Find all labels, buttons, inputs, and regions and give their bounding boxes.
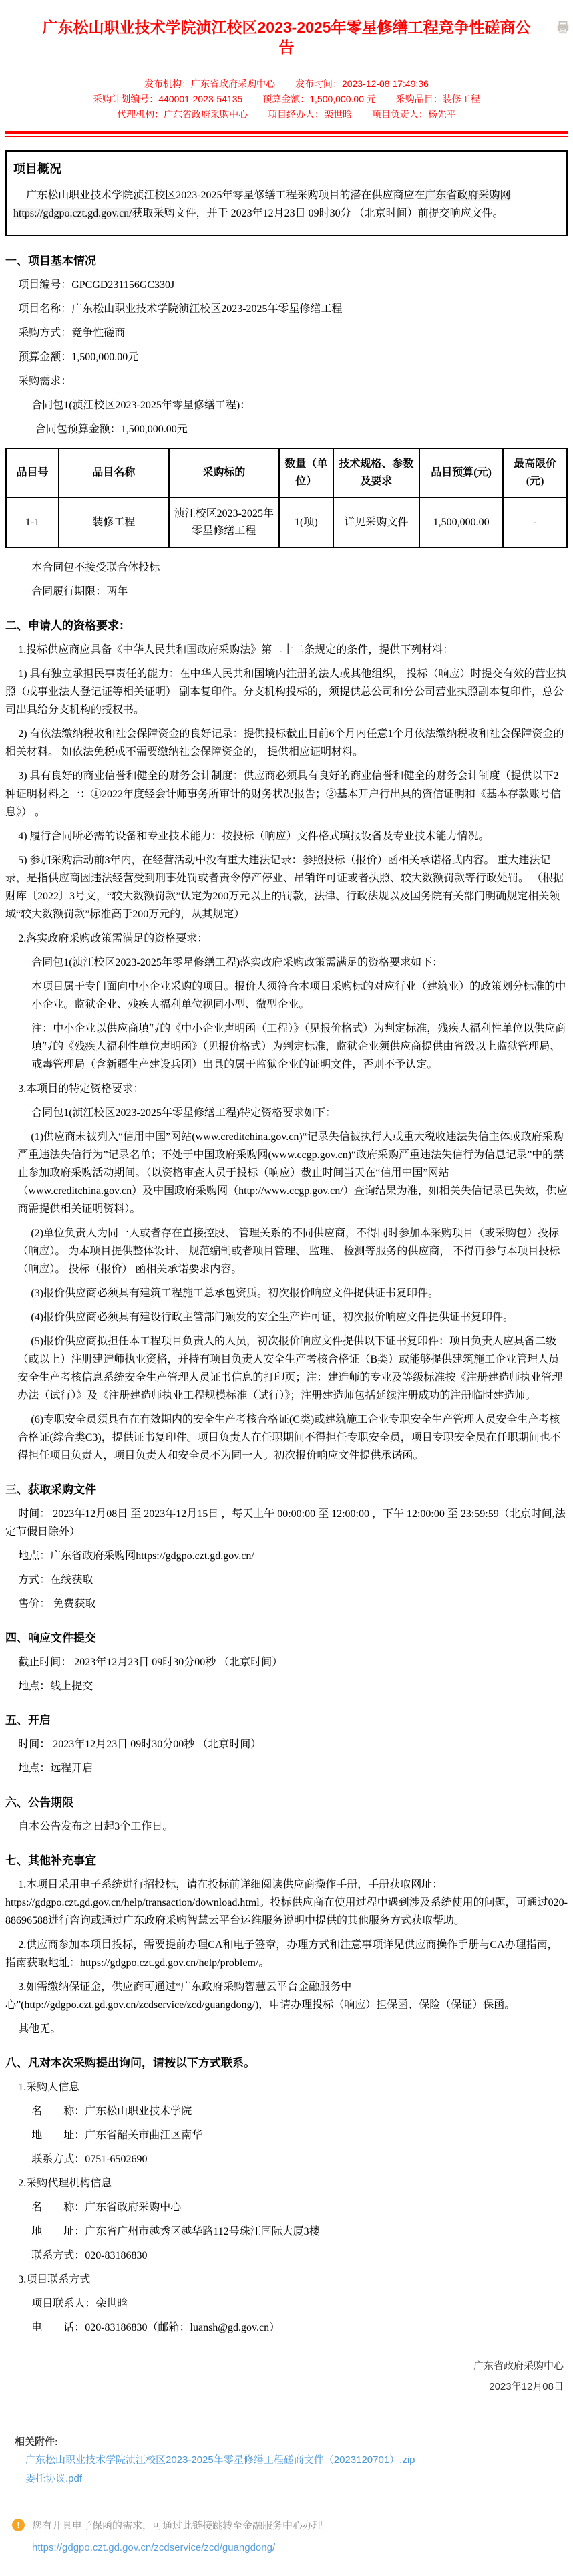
requirement-label: 采购需求： [5,372,568,390]
buyer-name: 名 称：广东松山职业技术学院 [31,2102,568,2120]
section8-heading: 八、凡对本次采购提出询问，请按以下方式联系。 [5,2055,568,2071]
doc-time: 时间： 2023年12月08日 至 2023年12月15日 ，每天上午 00:0… [5,1505,568,1541]
attachment-link-zip[interactable]: 广东松山职业技术学院浈江校区2023-2025年零星修缮工程磋商文件（20231… [25,2453,568,2467]
overview-text-after: 获取采购文件，并于 2023年12月23日 09时30分 （北京时间）前提交响应… [132,208,504,219]
procurement-category: 采购品目：装修工程 [396,94,480,104]
paragraph: 3.如需缴纳保证金，供应商可通过“广东政府采购智慧云平台金融服务中心”(http… [5,1978,568,2014]
paragraph: 2.落实政府采购政策需满足的资格要求： [5,929,568,948]
paragraph: 1.本项目采用电子系统进行招投标，请在投标前详细阅读供应商操作手册，手册获取网址… [5,1876,568,1930]
table-row: 1-1 装修工程 浈江校区2023-2025年零星修缮工程 1(项) 详见采购文… [6,498,567,547]
col-specs: 技术规格、参数及要求 [333,448,419,498]
signature-org: 广东省政府采购中心 [5,2355,564,2376]
paragraph: 2.供应商参加本项目投标，需要提前办理CA和电子签章，办理方式和注意事项详见供应… [5,1936,568,1972]
publisher: 发布机构：广东省政府采购中心 [144,78,275,89]
budget-line: 预算金额：1,500,000.00元 [5,348,568,366]
overview-text-before: 广东松山职业技术学院浈江校区2023-2025年零星修缮工程采购项目的潜在供应商… [26,190,425,201]
section4-heading: 四、响应文件提交 [5,1630,568,1647]
col-item-budget: 品目预算(元) [419,448,503,498]
budget-amount: 预算金额：1,500,000.00 元 [262,94,376,104]
doc-place: 地点：广东省政府采购网https://gdgpo.czt.gd.gov.cn/ [5,1547,568,1565]
warning-icon: ! [12,2519,25,2531]
col-quantity: 数量（单位） [279,448,333,498]
paragraph: (6)专职安全员须具有在有效期内的安全生产考核合格证(C类)或建筑施工企业专职安… [17,1411,568,1465]
col-item-no: 品目号 [6,448,59,498]
agency-contact: 联系方式：020-83186830 [31,2247,568,2265]
paragraph: (1)供应商未被列入“信用中国”网站(www.creditchina.gov.c… [17,1128,568,1218]
paragraph: 3) 具有良好的商业信誉和健全的财务会计制度：供应商必须具有良好的商业信誉和健全… [5,767,568,821]
finance-service-link[interactable]: https://gdgpo.czt.gd.gov.cn/zcdservice/z… [32,2542,568,2553]
red-divider [5,131,568,137]
project-contact-person: 项目联系人：栾世晗 [31,2295,568,2313]
overview-title: 项目概况 [13,160,560,177]
meta-row-1: 发布机构：广东省政府采购中心 发布时间：2023-12-08 17:49:36 [5,76,568,92]
announcement-period: 自本公告发布之日起3个工作日。 [5,1818,568,1836]
note-no-consortium: 本合同包不接受联合体投标 [31,559,568,577]
paragraph: 注：中小企业以供应商填写的《中小企业声明函（工程）》（见报价格式）为判定标准，残… [31,1020,568,1074]
col-item-name: 品目名称 [59,448,169,498]
procurement-method: 采购方式：竞争性磋商 [5,324,568,342]
cell-item-no: 1-1 [6,498,59,547]
project-name: 项目名称：广东松山职业技术学院浈江校区2023-2025年零星修缮工程 [5,300,568,318]
paragraph: 其他无。 [5,2020,568,2038]
paragraph: 合同包1(浈江校区2023-2025年零星修缮工程)落实政府采购政策需满足的资格… [31,954,568,972]
paragraph: 合同包1(浈江校区2023-2025年零星修缮工程)特定资格要求如下： [31,1104,568,1122]
package-title: 合同包1(浈江校区2023-2025年零星修缮工程)： [31,396,568,414]
submit-deadline: 截止时间： 2023年12月23日 09时30分00秒 （北京时间） [5,1653,568,1671]
open-place: 地点：远程开启 [5,1759,568,1777]
section5-heading: 五、开启 [5,1713,568,1729]
project-leader: 项目负责人：杨先平 [372,109,456,120]
package-budget: 合同包预算金额：1,500,000.00元 [35,420,568,438]
paragraph: 3.本项目的特定资格要求： [5,1080,568,1098]
note-contract-term: 合同履行期限：两年 [31,583,568,601]
paragraph: 1.投标供应商应具备《中华人民共和国政府采购法》第二十二条规定的条件，提供下列材… [5,641,568,659]
notice-text: 您有开具电子保函的需求，可通过此链接跳转至金融服务中心办理 [32,2518,323,2532]
meta-row-3: 代理机构：广东省政府采购中心 项目经办人：栾世晗 项目负责人：杨先平 [5,107,568,122]
cell-item-budget: 1,500,000.00 [419,498,503,547]
section2-heading: 二、申请人的资格要求： [5,618,568,634]
project-handler: 项目经办人：栾世晗 [268,109,352,120]
project-contact-title: 3.项目联系方式 [5,2271,568,2289]
paragraph: 5) 参加采购活动前3年内，在经营活动中没有重大违法记录：参照投标（报价）函相关… [5,851,568,923]
printer-icon [556,20,570,35]
project-number: 项目编号：GPCGD231156GC330J [5,276,568,294]
overview-paragraph: 广东松山职业技术学院浈江校区2023-2025年零星修缮工程采购项目的潜在供应商… [13,186,560,223]
cell-subject: 浈江校区2023-2025年零星修缮工程 [169,498,279,547]
section6-heading: 六、公告期限 [5,1795,568,1811]
paragraph: 本项目属于专门面向中小企业采购的项目。报价人须符合本项目采购标的对应行业（建筑业… [31,978,568,1014]
section3-heading: 三、获取采购文件 [5,1482,568,1498]
paragraph: 2) 有依法缴纳税收和社会保障资金的良好记录：提供投标截止日前6个月内任意1个月… [5,725,568,761]
section1-heading: 一、项目基本情况 [5,253,568,269]
submit-place: 地点：线上提交 [5,1677,568,1695]
cell-max-price: - [503,498,567,547]
agency: 代理机构：广东省政府采购中心 [117,109,248,120]
project-overview-box: 项目概况 广东松山职业技术学院浈江校区2023-2025年零星修缮工程采购项目的… [5,150,568,236]
items-table: 品目号 品目名称 采购标的 数量（单位） 技术规格、参数及要求 品目预算(元) … [5,448,568,548]
page-title: 广东松山职业技术学院浈江校区2023-2025年零星修缮工程竞争性磋商公告 [36,17,537,57]
project-contact-phone: 电 话：020-83186830（邮箱：luansh@gd.gov.cn） [31,2319,568,2337]
buyer-info-title: 1.采购人信息 [5,2078,568,2096]
cell-item-name: 装修工程 [59,498,169,547]
agency-name: 名 称：广东省政府采购中心 [31,2198,568,2216]
table-header-row: 品目号 品目名称 采购标的 数量（单位） 技术规格、参数及要求 品目预算(元) … [6,448,567,498]
meta-row-2: 采购计划编号：440001-2023-54135 预算金额：1,500,000.… [5,92,568,107]
attachments-title: 相关附件: [15,2434,568,2448]
buyer-address: 地 址：广东省韶关市曲江区南华 [31,2126,568,2144]
paragraph: 1) 具有独立承担民事责任的能力：在中华人民共和国境内注册的法人或其他组织， 投… [5,665,568,719]
cell-specs: 详见采购文件 [333,498,419,547]
publish-time: 发布时间：2023-12-08 17:49:36 [295,78,429,89]
buyer-contact: 联系方式：0751-6502690 [31,2150,568,2168]
plan-number: 采购计划编号：440001-2023-54135 [93,94,242,104]
col-max-price: 最高限价(元) [503,448,567,498]
doc-price: 售价： 免费获取 [5,1595,568,1613]
guarantee-notice: ! 您有开具电子保函的需求，可通过此链接跳转至金融服务中心办理 https://… [5,2518,568,2553]
signature-date: 2023年12月08日 [5,2376,564,2397]
paragraph: 4) 履行合同所必需的设备和专业技术能力：按投标（响应）文件格式填报设备及专业技… [5,827,568,845]
print-button[interactable] [556,20,570,35]
paragraph: (5)报价供应商拟担任本工程项目负责人的人员，初次报价响应文件提供以下证书复印件… [17,1332,568,1405]
paragraph: (2)单位负责人为同一人或者存在直接控股、 管理关系的不同供应商，不得同时参加本… [17,1224,568,1278]
signature-block: 广东省政府采购中心 2023年12月08日 [5,2355,568,2397]
paragraph: (4)报价供应商必须具有建设行政主管部门颁发的安全生产许可证，初次报价响应文件提… [17,1308,568,1326]
paragraph: (3)报价供应商必须具有建筑工程施工总承包资质。初次报价响应文件提供证书复印件。 [17,1284,568,1302]
col-subject: 采购标的 [169,448,279,498]
doc-method: 方式：在线获取 [5,1571,568,1589]
agency-info-title: 2.采购代理机构信息 [5,2174,568,2192]
announcement-page: 广东松山职业技术学院浈江校区2023-2025年零星修缮工程竞争性磋商公告 发布… [0,0,573,2576]
cell-quantity: 1(项) [279,498,333,547]
section7-heading: 七、其他补充事宜 [5,1853,568,1869]
attachment-link-pdf[interactable]: 委托协议.pdf [25,2472,568,2486]
attachments-section: 相关附件: 广东松山职业技术学院浈江校区2023-2025年零星修缮工程磋商文件… [5,2434,568,2486]
open-time: 时间： 2023年12月23日 09时30分00秒 （北京时间） [5,1735,568,1753]
agency-address: 地 址：广东省广州市越秀区越华路112号珠江国际大厦3楼 [31,2223,568,2241]
